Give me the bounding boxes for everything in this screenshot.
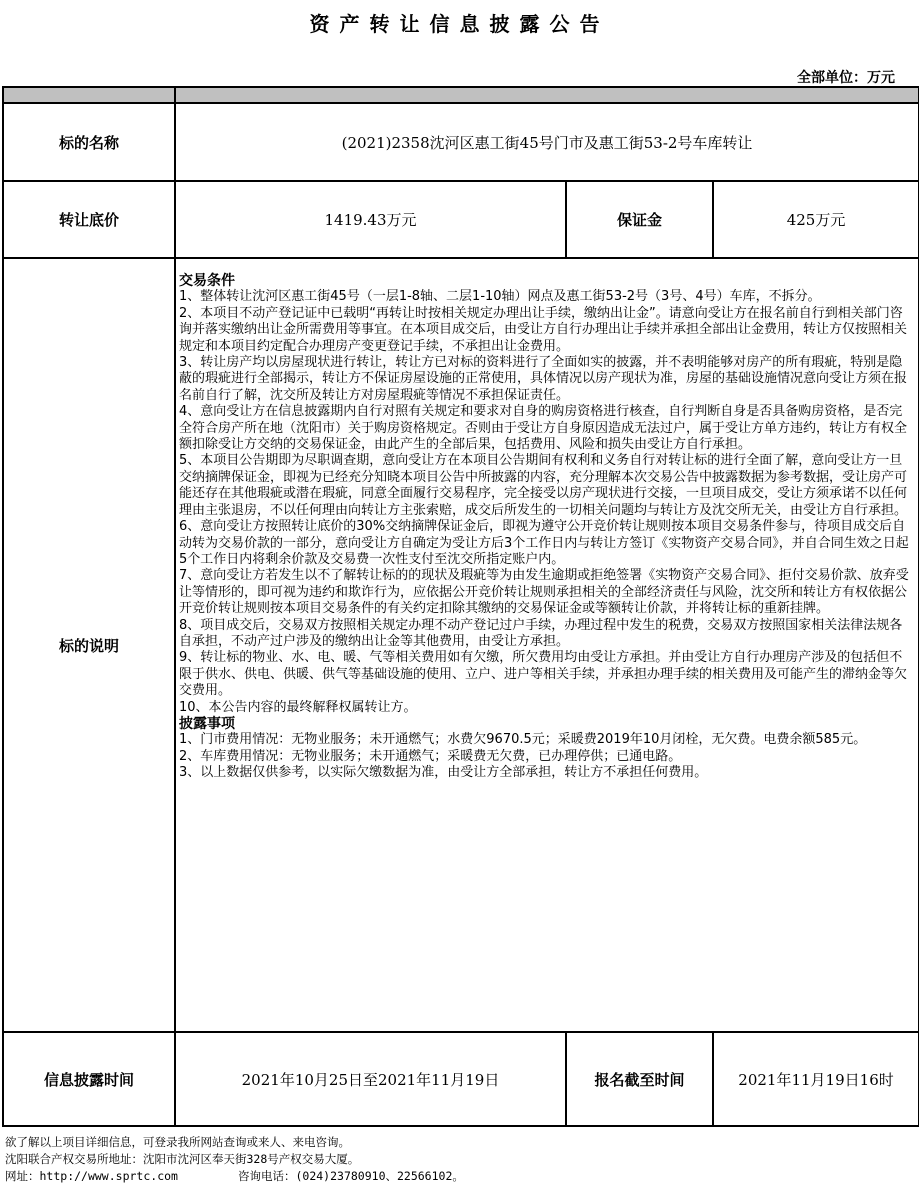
row-subject-name: 标的名称 (2021)2358沈河区惠工街45号门市及惠工街53-2号车库转让	[3, 103, 919, 181]
condition-item: 5、本项目公告期即为尽职调查期，意向受让方在本项目公告期间有权利和义务自行对转让…	[179, 453, 914, 519]
disclosure-time-value: 2021年10月25日至2021年11月19日	[175, 1032, 566, 1126]
condition-item: 2、本项目不动产登记证中已载明“再转让时按相关规定办理出让手续，缴纳出让金”。请…	[179, 306, 914, 355]
condition-item: 10、本公告内容的最终解释权属转让方。	[179, 700, 914, 716]
disclosure-table: 标的名称 (2021)2358沈河区惠工街45号门市及惠工街53-2号车库转让 …	[2, 86, 919, 1127]
condition-item: 8、项目成交后，交易双方按照相关规定办理不动产登记过户手续，办理过程中发生的税费…	[179, 618, 914, 651]
deposit-value: 425万元	[713, 181, 919, 258]
subject-name-label: 标的名称	[3, 103, 175, 181]
condition-item: 7、意向受让方若发生以不了解转让标的的现状及瑕疵等为由发生逾期或拒绝签署《实物资…	[179, 568, 914, 617]
header-cell-2	[175, 87, 919, 103]
row-time: 信息披露时间 2021年10月25日至2021年11月19日 报名截至时间 20…	[3, 1032, 919, 1126]
condition-item: 9、转让标的物业、水、电、暖、气等相关费用如有欠缴，所欠费用均由受让方承担。并由…	[179, 650, 914, 699]
reserve-price-label: 转让底价	[3, 181, 175, 258]
condition-item: 4、意向受让方在信息披露期内自行对照有关规定和要求对自身的购房资格进行核查，自行…	[179, 404, 914, 453]
condition-item: 3、转让房产均以房屋现状进行转让，转让方已对标的资料进行了全面如实的披露，并不表…	[179, 355, 914, 404]
disclosure-item: 2、车库费用情况：无物业服务；未开通燃气；采暖费无欠费，已办理停供；已通电路。	[179, 749, 914, 765]
document-title: 资产转让信息披露公告	[0, 8, 919, 37]
phone-text: 咨询电话：(024)23780910、22566102。	[238, 1169, 464, 1183]
deadline-label: 报名截至时间	[566, 1032, 713, 1126]
description-label: 标的说明	[3, 258, 175, 1032]
disclosure-heading: 披露事项	[179, 716, 914, 732]
deposit-label: 保证金	[566, 181, 713, 258]
row-description: 标的说明 交易条件 1、整体转让沈河区惠工街45号（一层1-8轴、二层1-10轴…	[3, 258, 919, 1032]
header-cell-1	[3, 87, 175, 103]
subject-name-value: (2021)2358沈河区惠工街45号门市及惠工街53-2号车库转让	[175, 103, 919, 181]
footer-line-contact: 网址：http://www.sprtc.com咨询电话：(024)2378091…	[5, 1168, 464, 1185]
disclosure-item: 1、门市费用情况：无物业服务；未开通燃气；水费欠9670.5元；采暖费2019年…	[179, 732, 914, 748]
disclosure-item: 3、以上数据仅供参考，以实际欠缴数据为准，由受让方全部承担，转让方不承担任何费用…	[179, 765, 914, 781]
unit-note: 全部单位：万元	[797, 67, 895, 87]
footer-line-info: 欲了解以上项目详细信息，可登录我所网站查询或来人、来电咨询。	[5, 1134, 464, 1151]
reserve-price-value: 1419.43万元	[175, 181, 566, 258]
description-body: 交易条件 1、整体转让沈河区惠工街45号（一层1-8轴、二层1-10轴）网点及惠…	[175, 258, 919, 1032]
footer-line-address: 沈阳联合产权交易所地址：沈阳市沈河区奉天街328号产权交易大厦。	[5, 1151, 464, 1168]
deadline-value: 2021年11月19日16时	[713, 1032, 919, 1126]
footer: 欲了解以上项目详细信息，可登录我所网站查询或来人、来电咨询。 沈阳联合产权交易所…	[5, 1134, 464, 1185]
disclosure-time-label: 信息披露时间	[3, 1032, 175, 1126]
condition-item: 6、意向受让方按照转让底价的30%交纳摘牌保证金后，即视为遵守公开竞价转让规则按…	[179, 519, 914, 568]
row-price: 转让底价 1419.43万元 保证金 425万元	[3, 181, 919, 258]
website-link[interactable]: 网址：http://www.sprtc.com	[5, 1169, 178, 1183]
table-header-row	[3, 87, 919, 103]
conditions-heading: 交易条件	[179, 273, 914, 289]
condition-item: 1、整体转让沈河区惠工街45号（一层1-8轴、二层1-10轴）网点及惠工街53-…	[179, 289, 914, 305]
